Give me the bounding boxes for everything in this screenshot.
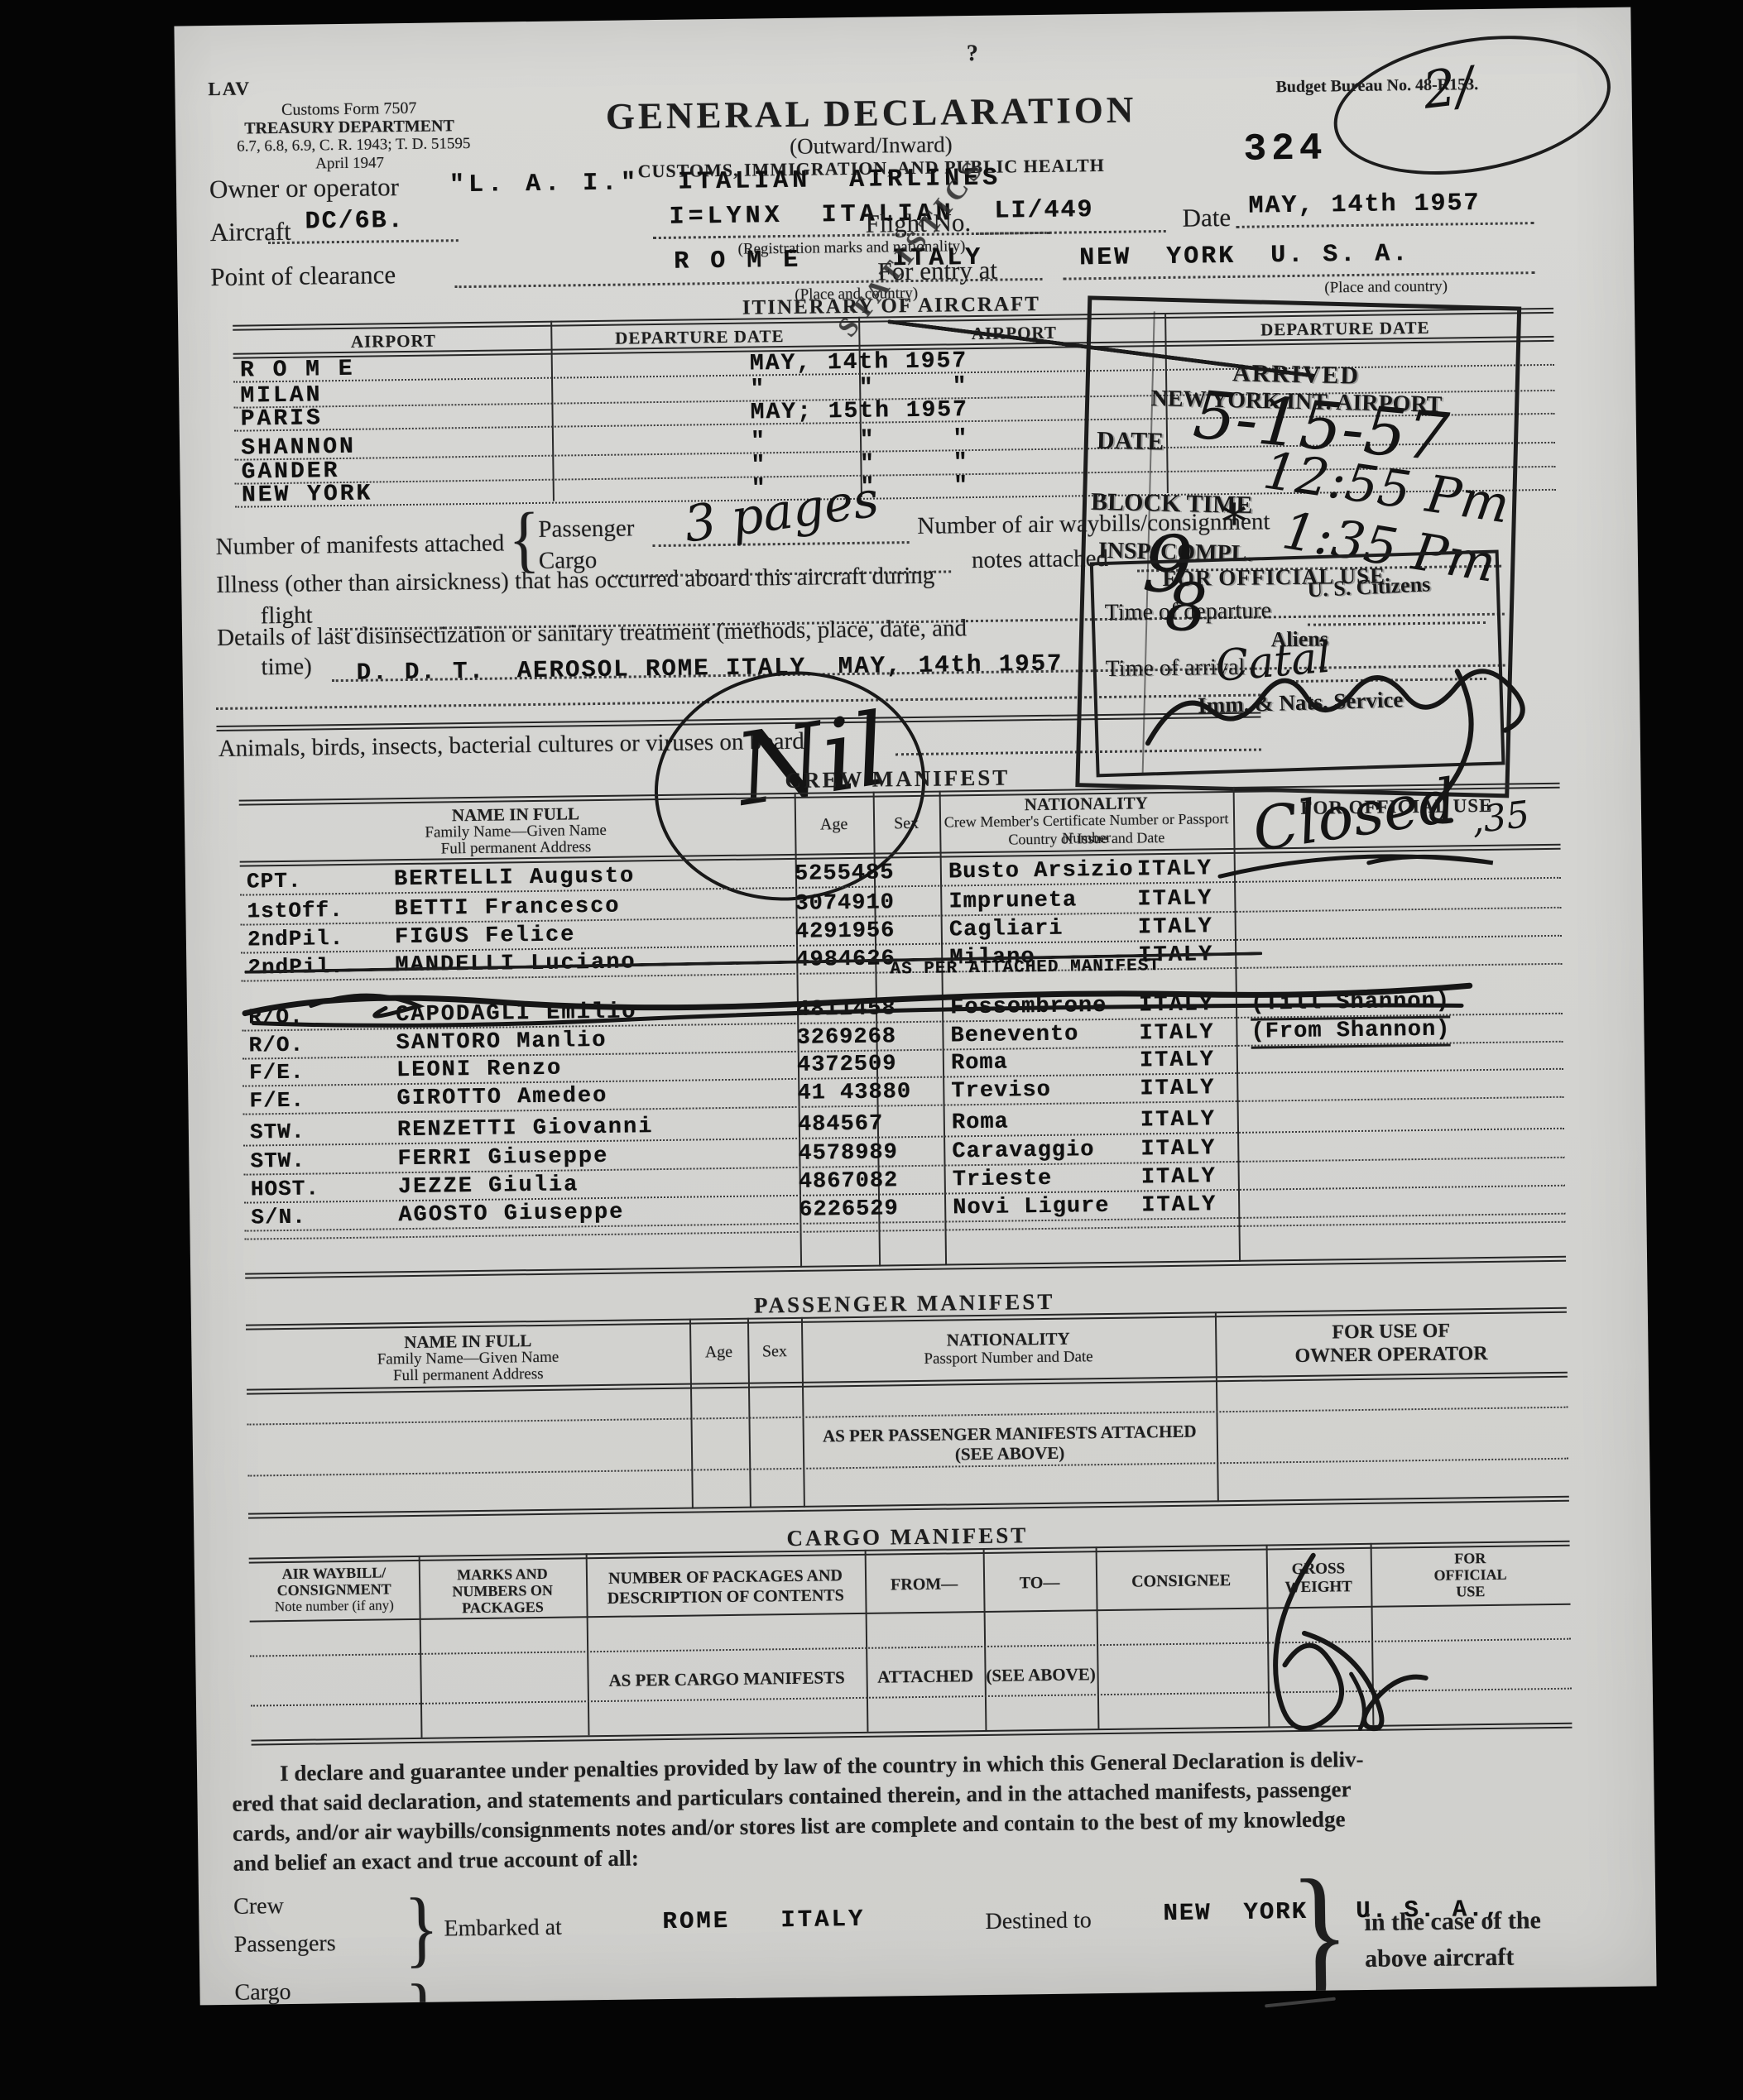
pass-header-sex: Sex [747,1342,801,1362]
crew-number: 5255485 [795,861,895,887]
footer-crew-label: Crew [233,1893,284,1920]
footer-laden-label: Laden on at [445,1999,555,2006]
crew-number: 3269268 [796,1024,896,1051]
general-declaration-form: LAV Customs Form 7507 TREASURY DEPARTMEN… [174,7,1656,2006]
crew-country: ITALY [1140,1048,1215,1073]
crew-place: Impruneta [948,888,1077,914]
cargo-h5: TO— [983,1573,1096,1594]
crew-country: ITALY [1140,1107,1216,1133]
crew-rank: HOST. [251,1176,319,1201]
pass-header-age: Age [689,1343,747,1363]
crew-number: 4811458 [796,996,896,1023]
crew-country: ITALY [1137,856,1212,882]
crew-name: LEONI Renzo [396,1057,563,1084]
crew-name: RENZETTI Giovanni [397,1115,654,1143]
crew-country: ITALY [1141,1164,1217,1190]
query-mark: ? [967,41,978,67]
crew-name: JEZZE Giulia [398,1172,579,1200]
crew-name: SANTORO Manlio [396,1028,607,1056]
cargo-h7a: GROSS [1266,1560,1371,1580]
crew-country: ITALY [1139,992,1214,1018]
cargo-attached-note: ATTACHED [866,1666,984,1688]
crew-place: Fossombrone [950,994,1107,1020]
crew-number: 4291956 [795,918,896,945]
crew-header-age: Age [795,815,873,835]
aircraft-value: DC/6B. [305,207,404,237]
crew-country: ITALY [1138,914,1213,940]
crew-official-scrawl2: ,35 [1469,793,1531,842]
crew-place: Treviso [951,1078,1051,1105]
footer-destined2-label: Destined to [987,1992,1093,2005]
crew-name: BERTELLI Augusto [394,864,636,892]
crew-rank: F/E. [249,1060,305,1086]
circled-annotation: 2/ [1419,55,1477,121]
nil-note: Nil [729,693,896,829]
cargo-h8c: USE [1371,1582,1570,1602]
crew-place: Busto Arsizio [948,858,1134,885]
crew-place: Roma [951,1051,1008,1076]
cargo-as-per-note: AS PER CARGO MANIFESTS [587,1667,866,1691]
pass-header-use2: OWNER OPERATOR [1215,1342,1567,1369]
crew-as-per-note: AS PER ATTACHED MANIFEST [890,957,1160,979]
flight-value: LI/449 [994,196,1093,226]
crew-place: Benevento [950,1022,1078,1048]
crew-place: Caravaggio [952,1138,1094,1164]
crew-rank: R/O. [248,1033,304,1058]
crew-number: 6226529 [799,1196,899,1223]
declaration-line-4: and belief an exact and true account of … [233,1845,639,1876]
date-line: April 1947 [217,153,482,175]
entry-value: NEW YORK U. S. A. [1079,240,1409,272]
footer-embarked-label: Embarked at [444,1915,562,1943]
disinsect-label-2: time) [261,654,312,682]
crew-rank: R/O. [248,1004,304,1030]
crew-rank: CPT. [247,869,302,894]
crew-rank: 2ndPil. [247,954,344,980]
lav-mark: LAV [208,78,251,100]
cargo-h4: FROM— [865,1575,983,1595]
crew-rank: STW. [250,1120,305,1145]
crew-name: FERRI Giuseppe [397,1144,608,1172]
crew-rank: 1stOff. [247,898,343,924]
cargo-h3a: NUMBER OF PACKAGES AND [586,1566,865,1589]
manifest-passenger-label: Passenger [538,515,634,544]
cargo-h1c: Note number (if any) [249,1597,419,1616]
scan-scratch [1265,1997,1336,2008]
footer-destined-label: Destined to [985,1907,1092,1935]
footer-cargo-label: Cargo [234,1979,290,2005]
illness-label-1: Illness (other than airsickness) that ha… [216,563,934,599]
cargo-h2c: PACKAGES [419,1598,586,1618]
crew-country: ITALY [1140,1076,1215,1101]
crew-country: ITALY [1141,1192,1217,1218]
page-number-stamp: 324 [1243,127,1328,170]
crew-name: GIROTTO Amedeo [396,1084,607,1111]
crew-header-sex: Sex [873,814,939,834]
crew-country: ITALY [1140,1136,1216,1162]
footer-case-note-1: in the case of the [1364,1906,1541,1937]
cargo-h7b: WEIGHT [1266,1578,1371,1598]
pass-header-use1: FOR USE OF [1215,1319,1567,1346]
crew-number: 41 43880 [797,1080,911,1106]
date-label: Date [1182,203,1231,233]
footer-case-note-2: above aircraft [1365,1944,1515,1973]
stamp-date-label: DATE [1097,427,1164,457]
owner-label: Owner or operator [209,172,399,204]
crew-number: 3074910 [795,890,895,917]
clearance-label: Point of clearance [210,260,396,292]
crew-country: ITALY [1139,1020,1214,1046]
crew-name: CAPODAGLI Emilio [396,1000,637,1028]
crew-number: 484567 [798,1112,884,1138]
footer-brace-1: } [404,1878,439,1978]
cargo-h6: CONSIGNEE [1096,1571,1266,1593]
footer-big-brace: } [1289,1845,1351,2006]
crew-rank: 2ndPil. [247,926,344,952]
crew-name: AGOSTO Giuseppe [398,1201,624,1229]
owner-value: "L. A. I." ITALIAN AIRLINES [449,165,1001,200]
crew-name: BETTI Francesco [394,894,620,923]
entry-caption: (Place and country) [1212,276,1560,299]
crew-header-nat3: Country of Issue and Date [939,828,1233,850]
crew-place: Trieste [953,1167,1053,1193]
crew-country: ITALY [1137,886,1212,912]
stamp-arrival-scrawl: Catal [1213,633,1332,692]
cargo-h3b: DESCRIPTION OF CONTENTS [586,1586,865,1609]
scanned-document-page: LAV Customs Form 7507 TREASURY DEPARTMEN… [0,0,1743,2100]
crew-place: Novi Ligure [953,1194,1110,1220]
crew-rank: STW. [250,1148,305,1174]
crew-place: Roma [952,1110,1009,1136]
crew-rank: S/N. [251,1205,306,1230]
disinsect-label-1: Details of last disinsectization or sani… [217,615,967,652]
crew-place: Cagliari [949,917,1064,943]
crew-rank: F/E. [249,1088,305,1114]
date-value: MAY, 14th 1957 [1248,189,1480,221]
crew-number: 4867082 [799,1168,899,1195]
cargo-see-above-note: (SEE ABOVE) [984,1664,1097,1686]
footer-embarked-value: ROME ITALY [662,1906,865,1935]
crew-number: 4372509 [797,1052,897,1078]
manifests-label: Number of manifests attached [215,530,504,561]
crew-number: 4578989 [798,1140,898,1167]
disinsect-value: D. D. T. AEROSOL ROME ITALY MAY, 14th 19… [356,650,1063,687]
footer-brace-2: } [405,1964,440,2006]
footer-passengers-label: Passengers [234,1930,336,1959]
crew-name: FIGUS Felice [395,923,576,950]
